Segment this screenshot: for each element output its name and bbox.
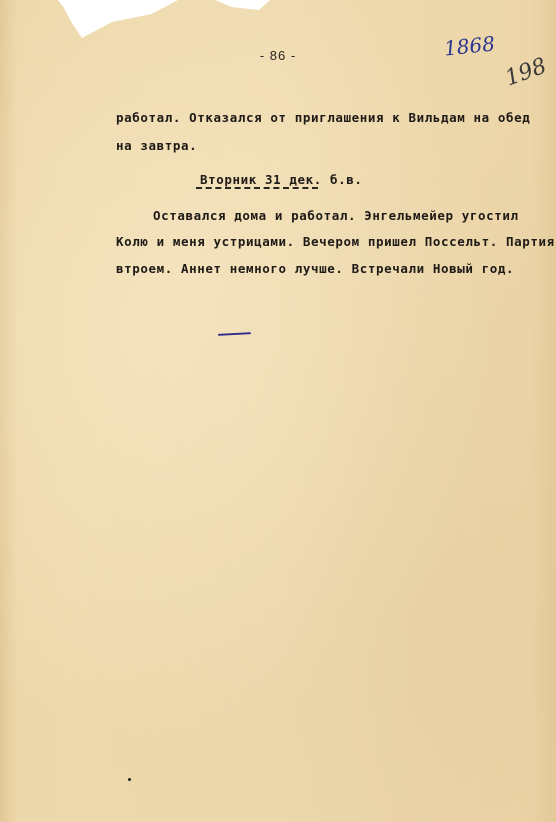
document-page: - 86 - 1868 198 работал. Отказался от пр…	[0, 0, 556, 822]
text-line: втроем. Аннет немного лучше. Встречали Н…	[116, 261, 514, 276]
heading-underline	[196, 187, 318, 189]
text-line: Колю и меня устрицами. Вечером пришел По…	[116, 234, 555, 249]
text-line: на завтра.	[116, 138, 197, 153]
text-line: работал. Отказался от приглашения к Виль…	[116, 110, 530, 125]
ink-speck	[128, 778, 131, 781]
ink-mark	[218, 332, 251, 336]
torn-edge	[215, 0, 270, 10]
entry-heading: Вторник 31 дек. б.в.	[200, 172, 363, 187]
torn-corner	[58, 0, 178, 40]
text-line: Оставался дома и работал. Энгельмейер уг…	[153, 208, 519, 223]
